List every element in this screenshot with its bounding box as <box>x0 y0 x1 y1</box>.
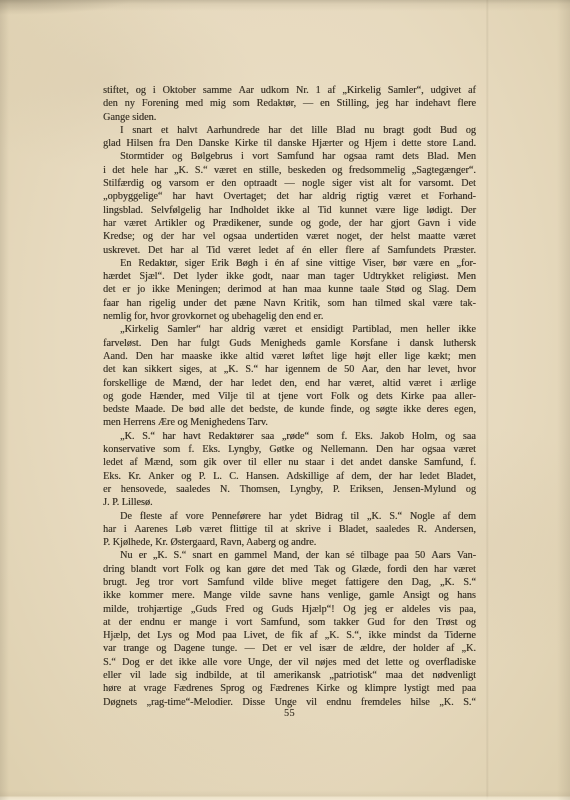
text-line: farveløst.DenharfulgtGudsMenighedsgamleK… <box>103 337 476 350</box>
text-line: „K.S.“harhavtRedaktørersaa„røde“somf.Eks… <box>103 430 476 443</box>
text-line: IsnartethalvtAarhundredehardetlilleBladn… <box>103 124 476 137</box>
text-line: nemlig for, hvor grovkornet og ubehageli… <box>103 310 476 323</box>
text-line: vartrangeogDagenetunge.—Detervelisærdeæl… <box>103 642 476 655</box>
text-line: „KirkeligSamler“haraldrigværetetensidigt… <box>103 323 476 336</box>
text-line: „opbyggelige“harhavtOvertaget;detharaldr… <box>103 190 476 203</box>
text-line: EnRedaktør,sigerErikBøghiénafsinevittige… <box>103 257 476 270</box>
text-line: S.“DogerdetikkeallevoreUnge,dervilnøjesm… <box>103 656 476 669</box>
text-line: ellervilladesigindbilde,attilamerikansk„… <box>103 669 476 682</box>
text-line: høreatvrageFædrenesSprogogFædrenesKirkeo… <box>103 682 476 695</box>
text-line: ikkekommermere.Mangevildesavnehansvenlig… <box>103 589 476 602</box>
text-line: Hjælp,detLysogModpaaLivet,defikaf„K.S.“,… <box>103 629 476 642</box>
text-line: oggodeHænder,medViljetilattjenevortFolko… <box>103 390 476 403</box>
text-line: stiftet,ogiOktobersammeAarudkomNr.1af„Ki… <box>103 84 476 97</box>
text-line: hariAarenesLøbværetflittigetilatskriveiB… <box>103 523 476 536</box>
text-line: StormtiderogBølgebrusivortSamfundharogsa… <box>103 150 476 163</box>
text-line: brugt.JegtrorvortSamfundvildeblivemegetf… <box>103 576 476 589</box>
text-line: Aand.Denharmaaskeikkealtidværetløftetlig… <box>103 350 476 363</box>
text-line: men Herrens Ære og Menighedens Tarv. <box>103 416 476 429</box>
text-line: harværetArtiklerogPrædikener,sundeoggode… <box>103 217 476 230</box>
text-line: Kredse;ogderharvelogsaaundertidenværetno… <box>103 230 476 243</box>
text-line: Stilfærdigogvarsomerdenoptraadt—noglesig… <box>103 177 476 190</box>
text-line: erhensovede,saaledesN.Thomsen,Lyngby,P.E… <box>103 483 476 496</box>
text-line: J. P. Lillesø. <box>103 496 476 509</box>
text-line: milde,trohjærtige„GudsFredogGudsHjælp“!O… <box>103 603 476 616</box>
page-number: 55 <box>103 708 476 719</box>
text-line: idethelehar„K.S.“væretenstille,beskedeno… <box>103 164 476 177</box>
text-line: forskelligedeMænd,derharledetden,endharv… <box>103 377 476 390</box>
text-line: Nuer„K.S.“snartengammelMand,derkansétilb… <box>103 549 476 562</box>
text-line: atderendnuermangeivortSamfund,somtakkerG… <box>103 616 476 629</box>
text-line: faarhanrigeligunderdetpæneNavnKritik,som… <box>103 297 476 310</box>
scanned-book-page: stiftet,ogiOktobersammeAarudkomNr.1af„Ki… <box>0 0 570 800</box>
text-line: bedsteMaade.Debødalledetbedste,dekundefi… <box>103 403 476 416</box>
text-line: deterjoikkeMeningen;derimodathanmaakunne… <box>103 283 476 296</box>
text-line: P. Kjølhede, Kr. Østergaard, Ravn, Aaber… <box>103 536 476 549</box>
text-line: detkansikkertsiges,at„K.S.“harigennemde5… <box>103 363 476 376</box>
text-line: lingsblad.SelvfølgeligharIndholdetikkeal… <box>103 204 476 217</box>
text-line: konservativesomf.Eks.Lyngby,GøtkeogNelle… <box>103 443 476 456</box>
text-line: uskrevet.DetharalTidværetledetafénellerf… <box>103 244 476 257</box>
text-line: ledetafMænd,somgikovertilellernustaaride… <box>103 456 476 469</box>
text-line: gladHilsenfraDenDanskeKirketildanskeHjær… <box>103 137 476 150</box>
text-line: DeflesteafvorePenneførereharydetBidragti… <box>103 510 476 523</box>
text-line: hærdetSjæl“.Detlyderikkegodt,naarmantage… <box>103 270 476 283</box>
text-line: dennyForeningmedmigsomRedaktør,—enStilli… <box>103 97 476 110</box>
text-line: dringblandtvortFolkogkangøredetmedTakogG… <box>103 563 476 576</box>
text-line: Eks.Kr.AnkerogP.L.C.Hansen.Adskilligeafd… <box>103 470 476 483</box>
text-line: Døgnets„rag-time“-Melodier.DisseUngevile… <box>103 696 476 709</box>
page-text-column: stiftet,ogiOktobersammeAarudkomNr.1af„Ki… <box>103 84 476 709</box>
text-line: Gange siden. <box>103 111 476 124</box>
